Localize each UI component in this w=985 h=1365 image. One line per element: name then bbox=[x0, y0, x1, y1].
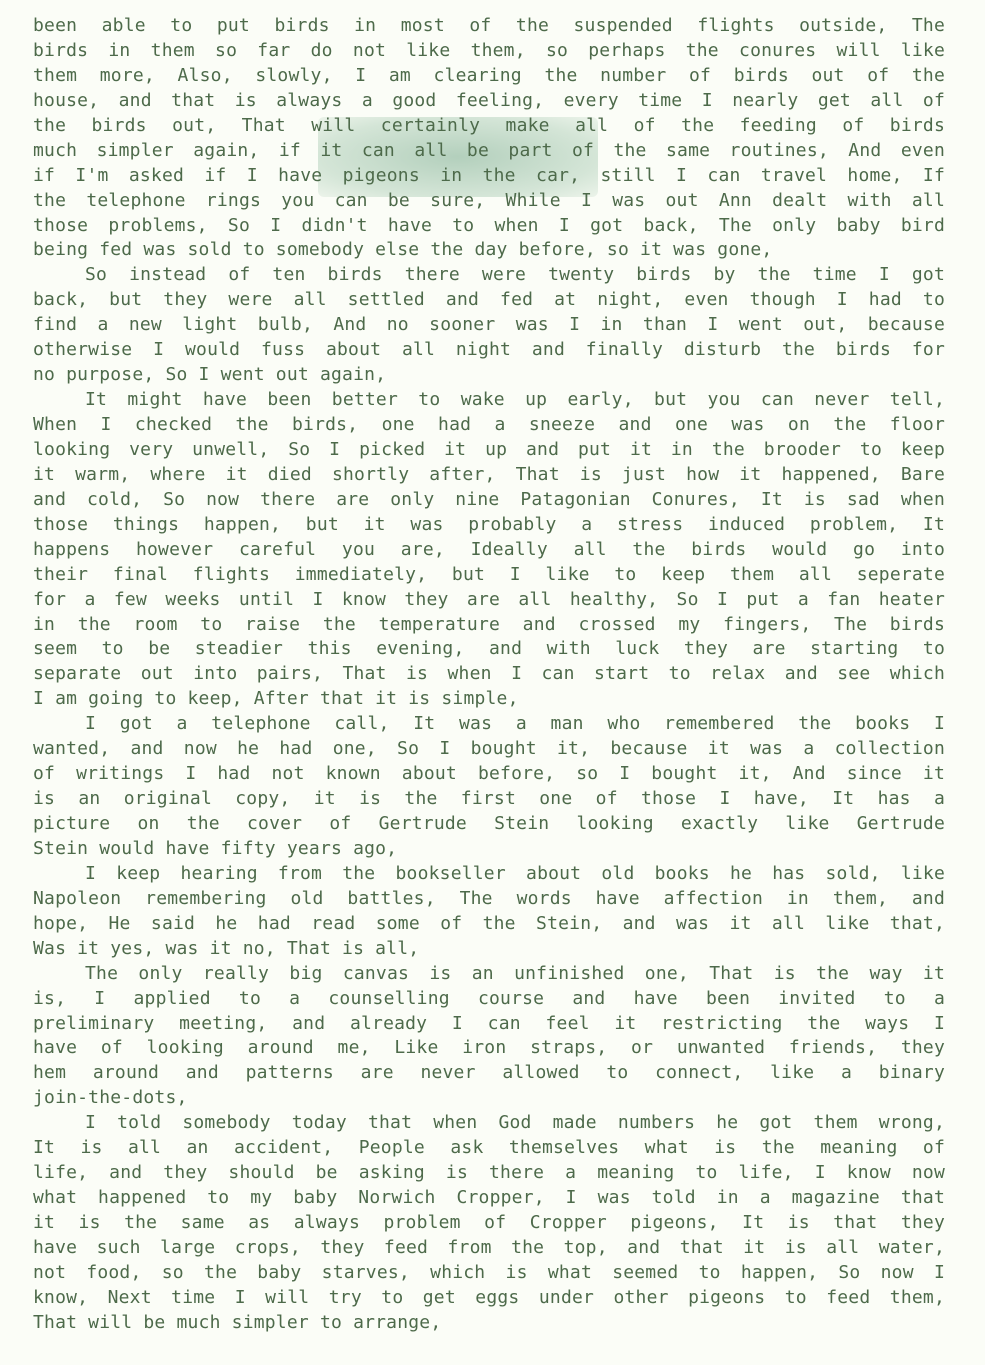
paragraph: The only really big canvas is an unfinis… bbox=[33, 962, 945, 1112]
text-line: have such large crops, they feed from th… bbox=[33, 1236, 945, 1261]
text-line: back, but they were all settled and fed … bbox=[33, 288, 945, 313]
text-line: much simpler again, if it can all be par… bbox=[33, 139, 945, 164]
text-line: hope, He said he had read some of the St… bbox=[33, 912, 945, 937]
text-line: preliminary meeting, and already I can f… bbox=[33, 1012, 945, 1037]
paragraph: It might have been better to wake up ear… bbox=[33, 388, 945, 712]
text-line: those things happen, but it was probably… bbox=[33, 513, 945, 538]
text-line: is an original copy, it is the first one… bbox=[33, 787, 945, 812]
text-line: for a few weeks until I know they are al… bbox=[33, 588, 945, 613]
text-line: in the room to raise the temperature and… bbox=[33, 613, 945, 638]
typewritten-page: been able to put birds in most of the su… bbox=[33, 14, 945, 1336]
text-line: happens however careful you are, Ideally… bbox=[33, 538, 945, 563]
text-line: find a new light bulb, And no sooner was… bbox=[33, 313, 945, 338]
text-line: what happened to my baby Norwich Cropper… bbox=[33, 1186, 945, 1211]
text-line: So instead of ten birds there were twent… bbox=[33, 263, 945, 288]
text-line: been able to put birds in most of the su… bbox=[33, 14, 945, 39]
text-line: It might have been better to wake up ear… bbox=[33, 388, 945, 413]
text-line: hem around and patterns are never allowe… bbox=[33, 1061, 945, 1086]
text-line: and cold, So now there are only nine Pat… bbox=[33, 488, 945, 513]
text-line: seem to be steadier this evening, and wi… bbox=[33, 637, 945, 662]
text-line: have of looking around me, Like iron str… bbox=[33, 1036, 945, 1061]
text-line: no purpose, So I went out again, bbox=[33, 363, 945, 388]
paragraph: I told somebody today that when God made… bbox=[33, 1111, 945, 1335]
text-line: otherwise I would fuss about all night a… bbox=[33, 338, 945, 363]
text-line: of writings I had not known about before… bbox=[33, 762, 945, 787]
paragraph: So instead of ten birds there were twent… bbox=[33, 263, 945, 388]
text-line: the birds out, That will certainly make … bbox=[33, 114, 945, 139]
text-line: looking very unwell, So I picked it up a… bbox=[33, 438, 945, 463]
text-line: When I checked the birds, one had a snee… bbox=[33, 413, 945, 438]
text-line: is, I applied to a counselling course an… bbox=[33, 987, 945, 1012]
text-line: separate out into pairs, That is when I … bbox=[33, 662, 945, 687]
text-line: it warm, where it died shortly after, Th… bbox=[33, 463, 945, 488]
text-line: wanted, and now he had one, So I bought … bbox=[33, 737, 945, 762]
text-line: That will be much simpler to arrange, bbox=[33, 1311, 945, 1336]
text-line: being fed was sold to somebody else the … bbox=[33, 238, 945, 263]
text-line: know, Next time I will try to get eggs u… bbox=[33, 1286, 945, 1311]
text-line: their final flights immediately, but I l… bbox=[33, 563, 945, 588]
text-line: Stein would have fifty years ago, bbox=[33, 837, 945, 862]
text-line: house, and that is always a good feeling… bbox=[33, 89, 945, 114]
text-line: those problems, So I didn't have to when… bbox=[33, 214, 945, 239]
text-line: I am going to keep, After that it is sim… bbox=[33, 687, 945, 712]
text-line: them more, Also, slowly, I am clearing t… bbox=[33, 64, 945, 89]
text-line: birds in them so far do not like them, s… bbox=[33, 39, 945, 64]
text-line: It is all an accident, People ask themse… bbox=[33, 1136, 945, 1161]
text-line: the telephone rings you can be sure, Whi… bbox=[33, 189, 945, 214]
text-line: I told somebody today that when God made… bbox=[33, 1111, 945, 1136]
text-line: life, and they should be asking is there… bbox=[33, 1161, 945, 1186]
paragraph: been able to put birds in most of the su… bbox=[33, 14, 945, 263]
text-line: picture on the cover of Gertrude Stein l… bbox=[33, 812, 945, 837]
text-line: Was it yes, was it no, That is all, bbox=[33, 937, 945, 962]
text-line: Napoleon remembering old battles, The wo… bbox=[33, 887, 945, 912]
text-line: I keep hearing from the bookseller about… bbox=[33, 862, 945, 887]
text-line: not food, so the baby starves, which is … bbox=[33, 1261, 945, 1286]
text-line: The only really big canvas is an unfinis… bbox=[33, 962, 945, 987]
text-line: join-the-dots, bbox=[33, 1086, 945, 1111]
text-line: if I'm asked if I have pigeons in the ca… bbox=[33, 164, 945, 189]
text-line: it is the same as always problem of Crop… bbox=[33, 1211, 945, 1236]
text-line: I got a telephone call, It was a man who… bbox=[33, 712, 945, 737]
paragraph: I got a telephone call, It was a man who… bbox=[33, 712, 945, 862]
paragraph: I keep hearing from the bookseller about… bbox=[33, 862, 945, 962]
